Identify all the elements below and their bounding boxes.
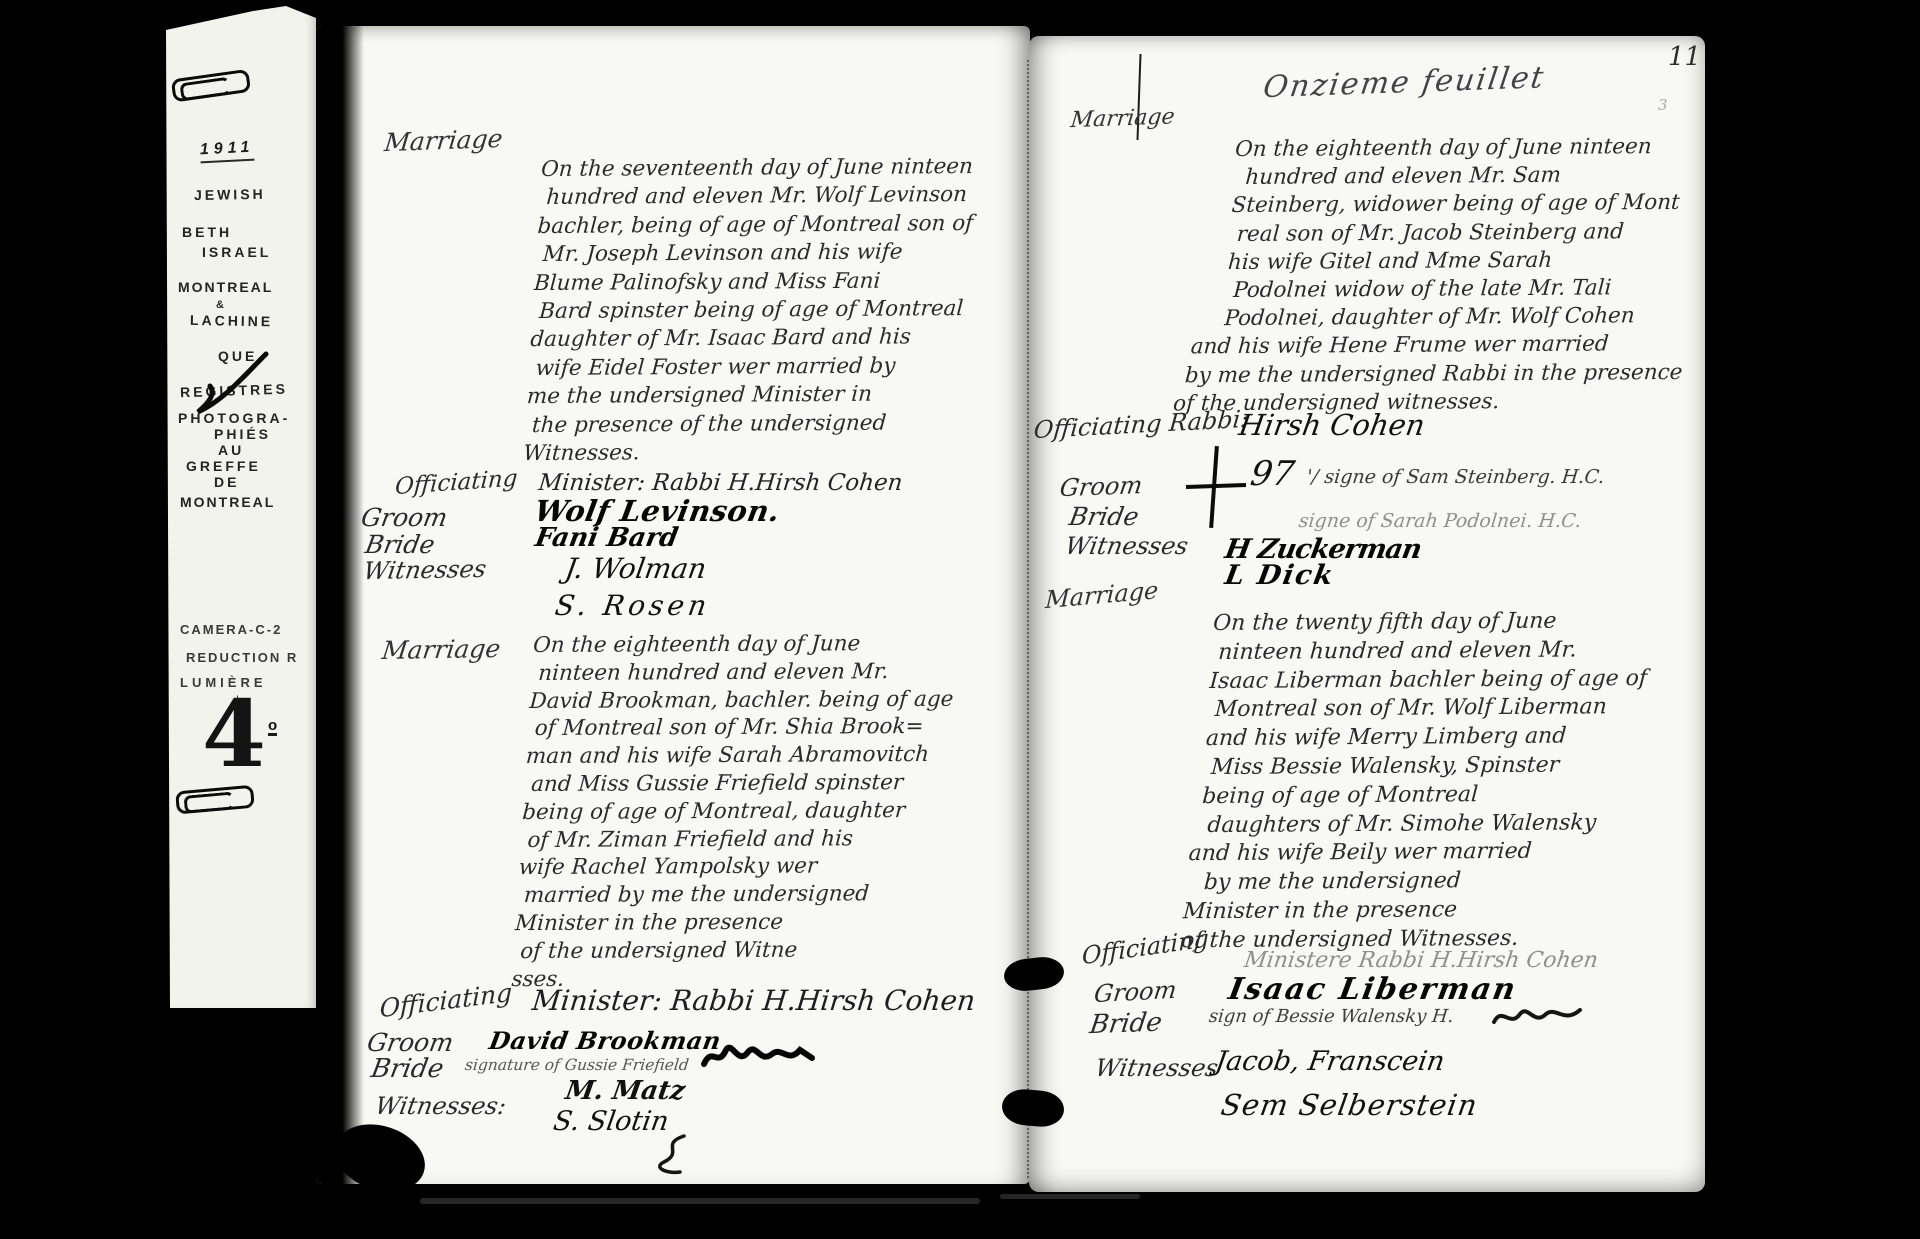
marriage-entry-text: On the eighteenth day of June ninteenhun… [1218, 133, 1706, 418]
witnesses-label: Witnesses [1063, 532, 1190, 560]
handwriting-line: PHIÉS [214, 426, 312, 442]
handwriting-line: ninteen hundred and eleven Mr. [1217, 635, 1692, 667]
bride-signature-scribble [1490, 1000, 1586, 1036]
bride-label: Bride [1067, 502, 1141, 531]
register-scan: 1911 JEWISHBETHISRAELMONTREAL&LACHINEQUE… [0, 0, 1920, 1239]
handwriting-line: MONTREAL [178, 279, 312, 295]
handwriting-line: Minister in the presence [1182, 895, 1676, 927]
handwriting-line: of Mr. Ziman Friefield and his [527, 824, 1018, 854]
handwriting-line: Mr. Joseph Levinson and his wife [542, 238, 1029, 270]
handwriting-line: ISRAEL [202, 244, 312, 260]
groom-label: Groom [365, 1028, 456, 1057]
handwriting-line: REDUCTION R [186, 650, 320, 666]
witness-signature: M. Matz [563, 1076, 687, 1106]
groom-signature: David Brookman [487, 1026, 724, 1055]
bride-signature-note: signature of Gussie Friefield [464, 1056, 690, 1074]
handwriting-line: Podolnei widow of the late Mr. Tali [1232, 274, 1697, 305]
bride-label: Bride [363, 530, 437, 559]
spine-year: 1911 [199, 139, 254, 164]
punch-hole [1046, 964, 1062, 980]
handwriting-line: Witnesses. [522, 437, 1016, 469]
spine-big-number: 4 [202, 688, 266, 780]
handwriting-line: hundred and eleven Mr. Wolf Levinson [545, 181, 1032, 213]
bride-label: Bride [1088, 1007, 1164, 1040]
handwriting-line: Blume Palinofsky and Miss Fani [533, 266, 1027, 298]
handwriting-line: man and his wife Sarah Abramovitch [525, 741, 1023, 771]
handwriting-line: On the seventeenth day of June ninteen [540, 153, 1034, 185]
bride-signature-note: sign of Bessie Walensky H. [1208, 1006, 1455, 1027]
page-edge-shadow [316, 26, 364, 1184]
record-label-marriage: Marriage [383, 124, 504, 157]
witnesses-label: Witnesses [1093, 1054, 1220, 1082]
handwriting-line: ninteen hundred and eleven Mr. [537, 657, 1028, 687]
handwriting-line: On the eighteenth day of June ninteen [1234, 133, 1706, 164]
witness-signature: S. Slotin [551, 1106, 671, 1137]
handwriting-line: Steinberg, widower being of age of Mont [1231, 189, 1703, 220]
handwriting-line: and his wife Hene Frume wer married [1190, 330, 1694, 362]
handwriting-line: me the undersigned Minister in [526, 380, 1020, 412]
corner-mark: 3 [1658, 96, 1668, 114]
groom-label: Groom [1093, 976, 1179, 1009]
witnesses-label: Witnesses [362, 555, 489, 585]
handwriting-line: and his wife Beily wer married [1188, 837, 1680, 869]
handwriting-line: real son of Mr. Jacob Steinberg and [1236, 217, 1701, 248]
scan-bottom-streak [420, 1198, 980, 1204]
handwriting-line: AU [218, 442, 312, 458]
officiating-minister-value: Minister: Rabbi H.Hirsh Cohen [537, 470, 904, 496]
handwriting-line: JEWISH [194, 185, 312, 203]
page-number: 11 [1668, 42, 1701, 72]
witness-signature: Sem Selberstein [1219, 1088, 1481, 1122]
handwriting-line: CAMERA-C-2 [180, 622, 320, 638]
groom-sign-note: '/ signe of Sam Steinberg. H.C. [1306, 466, 1606, 488]
handwriting-line: Miss Bessie Walensky, Spinster [1210, 751, 1685, 783]
paperclip-inner-loop [184, 791, 235, 813]
handwriting-line: Isaac Liberman bachler being of age of [1209, 664, 1691, 696]
handwriting-line: wife Eidel Foster wer married by [535, 352, 1022, 384]
witnesses-label: Witnesses: [373, 1092, 508, 1120]
witness-signature: S. Rosen [553, 589, 713, 622]
officiating-minister-value: Ministere Rabbi H.Hirsh Cohen [1242, 948, 1599, 973]
handwriting-line: and Miss Gussie Friefield spinster [530, 768, 1021, 798]
handwriting-line: Montreal son of Mr. Wolf Liberman [1214, 693, 1689, 725]
handwriting-line: hundred and eleven Mr. Sam [1244, 161, 1704, 192]
bride-sign-note: signe of Sarah Podolnei. H.C. [1298, 510, 1583, 532]
handwriting-line: BETH [182, 224, 312, 240]
marriage-entry-text: On the eighteenth day of Juneninteen hun… [511, 629, 1030, 993]
handwriting-line: Bard spinster being of age of Montreal [538, 295, 1025, 327]
punch-hole [1046, 1100, 1062, 1116]
witness-signature: L Dick [1223, 560, 1338, 591]
bride-signature: Fani Bard [533, 523, 681, 553]
groom-signature: Isaac Liberman [1226, 972, 1520, 1007]
signature-flourish [640, 1134, 700, 1178]
handwriting-line: being of age of Montreal [1201, 780, 1683, 812]
witness-signature: J. Wolman [563, 552, 709, 585]
witness-signature: Jacob, Franscein [1213, 1046, 1447, 1077]
bride-signature-scribble [700, 1038, 818, 1076]
handwriting-line: married by me the undersigned [523, 880, 1014, 910]
handwriting-line: Minister in the presence [514, 907, 1012, 937]
handwriting-line: MONTREAL [180, 494, 312, 510]
handwriting-line: bachler, being of age of Montreal son of [537, 209, 1031, 241]
handwriting-line: of the undersigned Witne [519, 935, 1010, 965]
handwriting-line: On the eighteenth day of June [532, 629, 1030, 659]
record-label-marriage: Marriage [1069, 104, 1176, 133]
officiating-rabbi-signature: Hirsh Cohen [1237, 408, 1428, 442]
handwriting-line: daughters of Mr. Simohe Walensky [1206, 808, 1681, 840]
handwriting-line: and his wife Merry Limberg and [1205, 722, 1687, 754]
pen-check-stroke [182, 348, 274, 420]
handwriting-line: GREFFE [186, 458, 312, 474]
marriage-entry-text: On the seventeenth day of June ninteenhu… [522, 153, 1034, 469]
handwriting-line: by me the undersigned Rabbi in the prese… [1184, 358, 1692, 390]
handwriting-line: by me the undersigned [1203, 866, 1678, 898]
bride-label: Bride [369, 1054, 446, 1084]
handwriting-line: & [216, 297, 312, 313]
handwriting-line: the presence of the undersigned [531, 408, 1018, 440]
groom-sign-number: 97 [1248, 454, 1298, 494]
groom-label: Groom [359, 503, 450, 532]
handwriting-line: wife Rachel Yampolsky wer [518, 852, 1016, 882]
scan-bottom-streak [1000, 1194, 1140, 1199]
handwriting-line: being of age of Montreal, daughter [521, 796, 1019, 826]
handwriting-line: On the twenty fifth day of June [1212, 607, 1694, 639]
handwriting-line: DE [214, 474, 312, 490]
bride-cross-mark [1186, 446, 1256, 536]
handwriting-line: Podolnei, daughter of Mr. Wolf Cohen [1224, 302, 1696, 333]
officiating-minister-value: Minister: Rabbi H.Hirsh Cohen [531, 984, 977, 1017]
cross-horizontal-bar [1186, 483, 1246, 489]
spine-number-suffix: o [268, 718, 277, 736]
handwriting-line: daughter of Mr. Isaac Bard and his [529, 323, 1023, 355]
marriage-entry-text: On the twenty fifth day of Juneninteen h… [1192, 607, 1694, 956]
handwriting-line: LACHINE [190, 312, 312, 330]
handwriting-line: David Brookman, bachler. being of age [529, 685, 1027, 715]
groom-label: Groom [1058, 471, 1144, 502]
handwriting-line: of Montreal son of Mr. Shia Brook= [534, 713, 1025, 743]
record-label-marriage: Marriage [380, 634, 502, 665]
handwriting-line: his wife Gitel and Mme Sarah [1227, 246, 1699, 277]
